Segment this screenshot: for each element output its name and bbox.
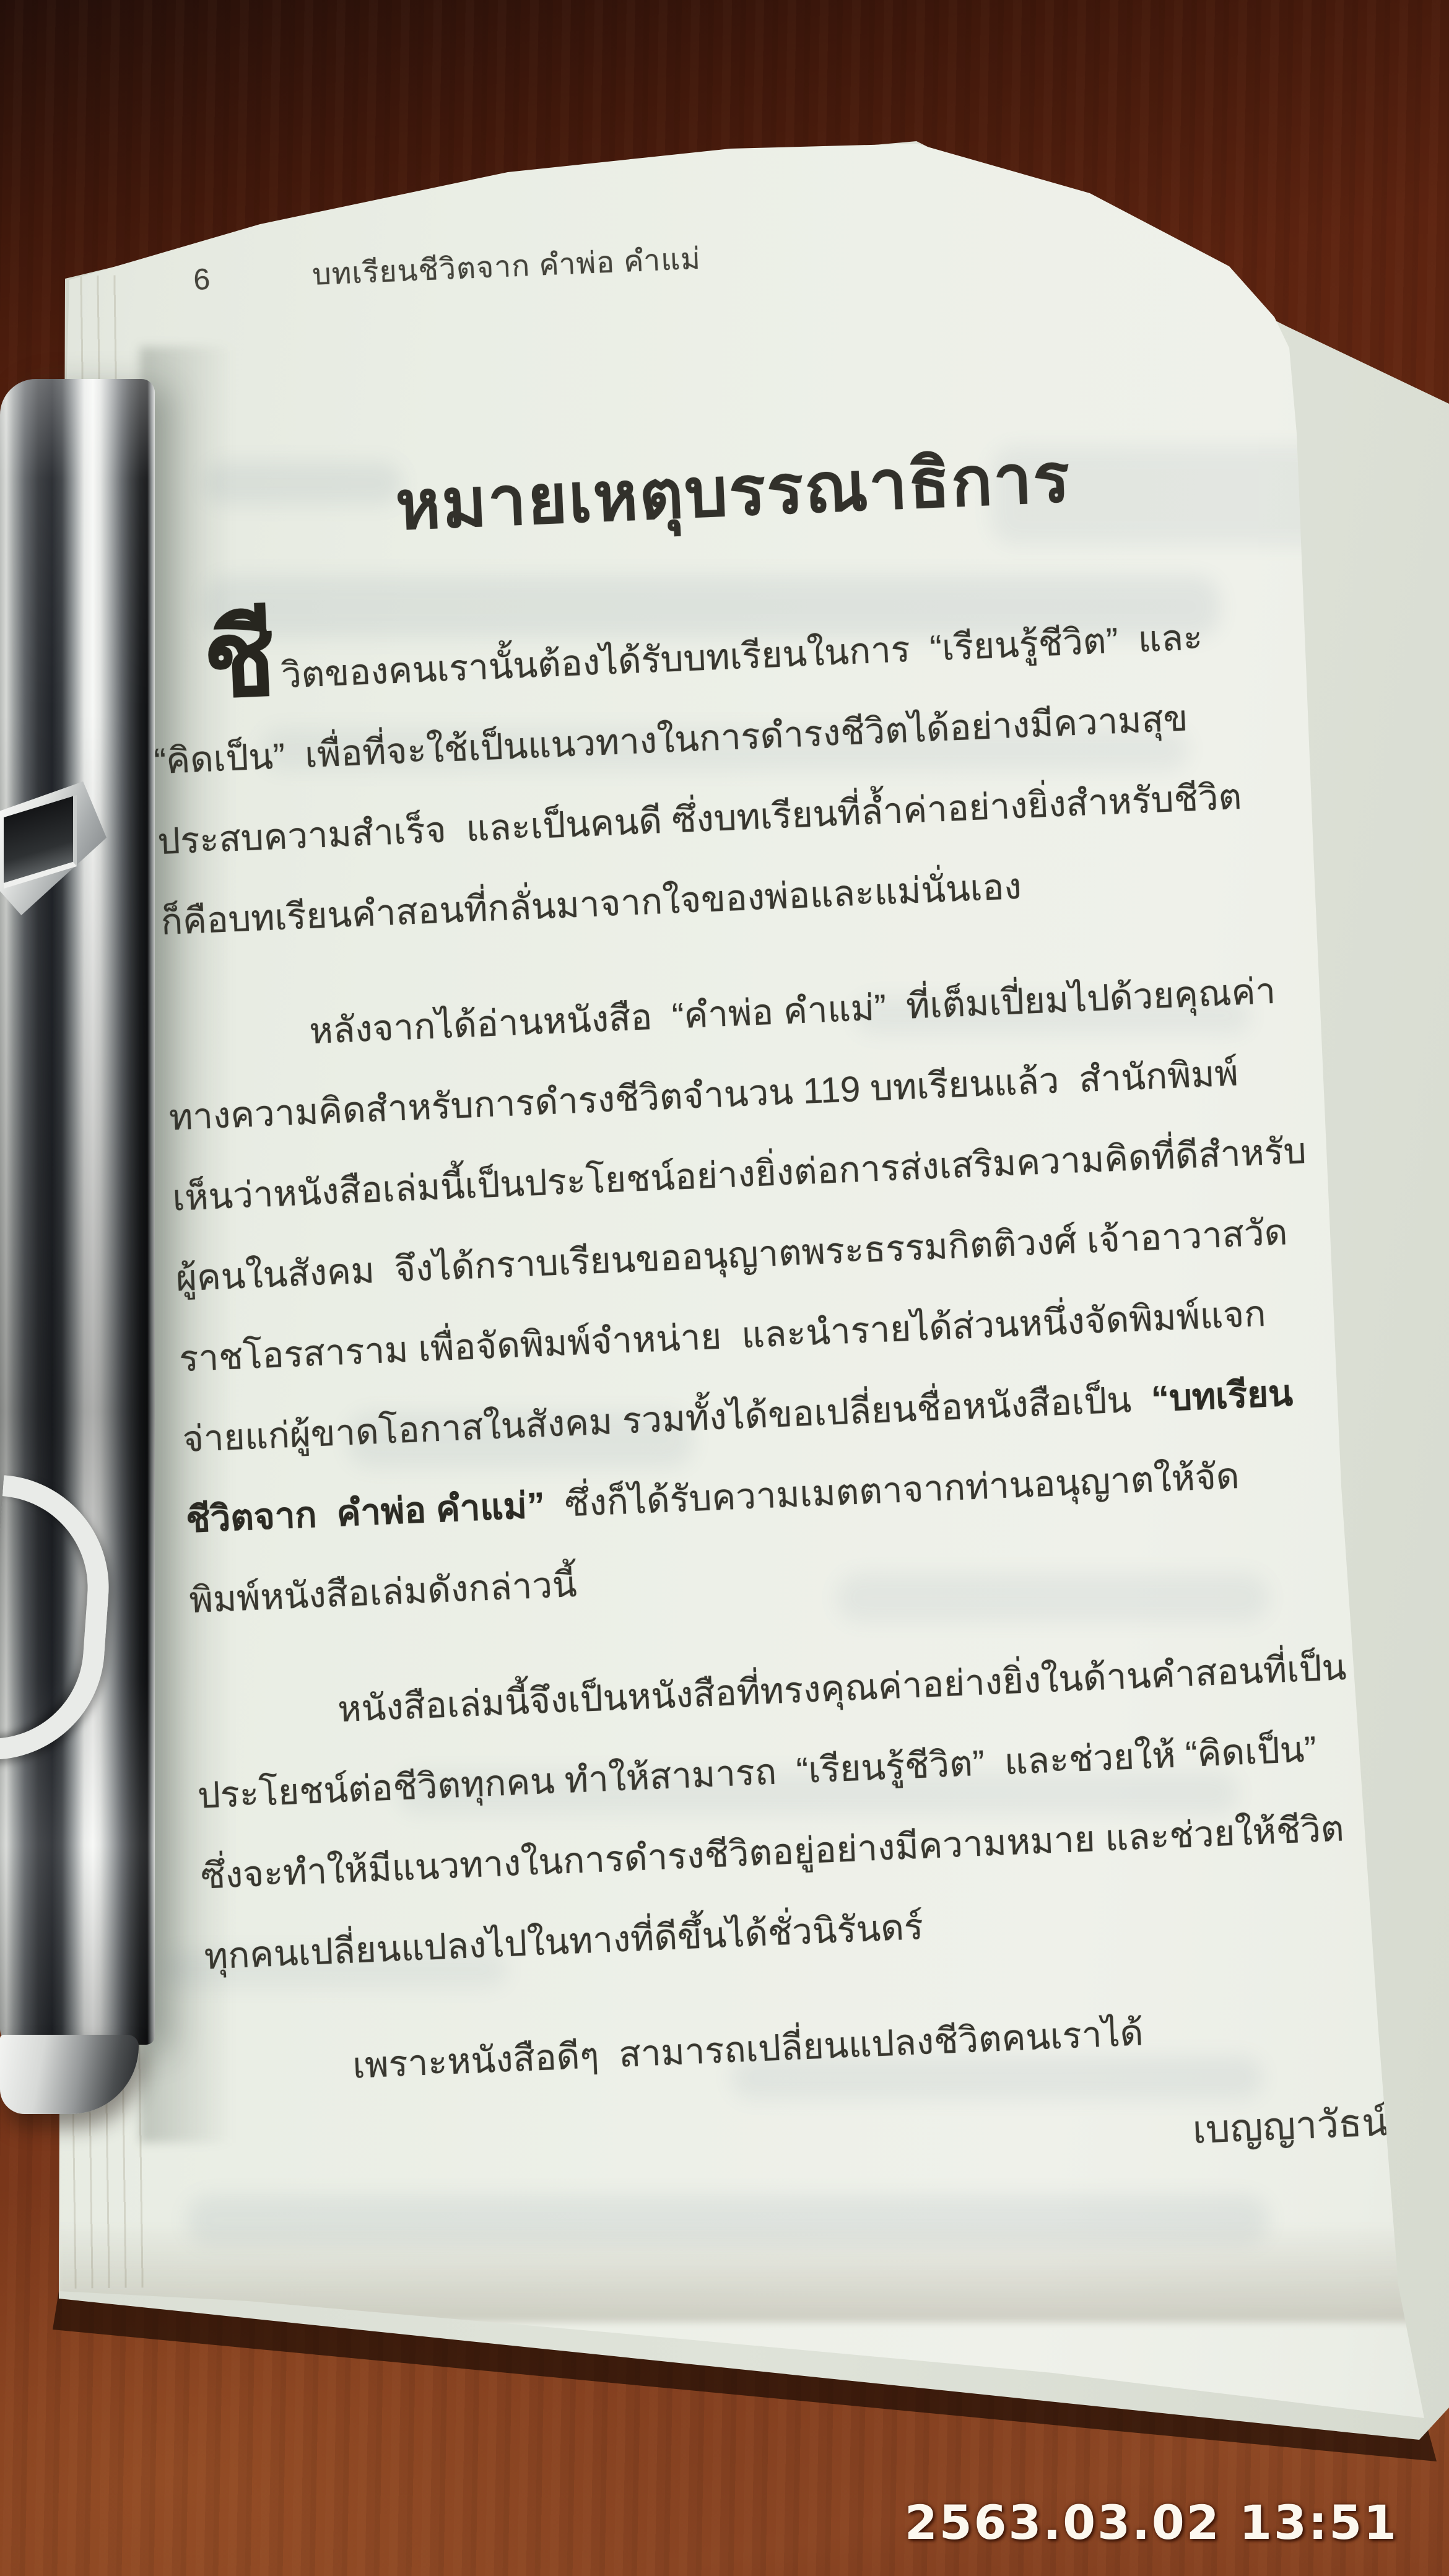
book-page: 6 บทเรียนชีวิตจาก คำพ่อ คำแม่ หมายเหตุบร… (0, 0, 1449, 2576)
page-header: 6 บทเรียนชีวิตจาก คำพ่อ คำแม่ (133, 209, 1313, 298)
book-title-emphasis: ชีวิตจาก คำพ่อ คำแม่” (185, 1484, 546, 1539)
chapter-title: หมายเหตุบรรณาธิการ (142, 425, 1325, 559)
printed-text-block: 6 บทเรียนชีวิตจาก คำพ่อ คำแม่ หมายเหตุบร… (133, 209, 1393, 2209)
book-title-emphasis: “บทเรียน (1151, 1373, 1294, 1419)
text-line-segment: ซึ่งก็ได้รับความเมตตาจากท่านอนุญาตให้จัด (544, 1455, 1240, 1525)
photo-of-book-page: 6 บทเรียนชีวิตจาก คำพ่อ คำแม่ หมายเหตุบร… (0, 0, 1449, 2576)
running-title: บทเรียนชีวิตจาก คำพ่อ คำแม่ (311, 235, 702, 298)
page-number: 6 (193, 261, 237, 297)
paragraph-1: ชีวิตของคนเรานั้นต้องได้รับบทเรียนในการ … (149, 591, 1341, 962)
camera-timestamp: 2563.03.02 13:51 (905, 2495, 1398, 2550)
paragraph-3: หนังสือเล่มนี้จึงเป็นหนังสือที่ทรงคุณค่า… (193, 1626, 1385, 1997)
paragraph-2: หลังจากได้อ่านหนังสือ “คำพ่อ คำแม่” ที่เ… (164, 948, 1370, 1641)
raised-initial: ชี (201, 598, 278, 720)
metal-clip-bar (0, 379, 155, 2045)
